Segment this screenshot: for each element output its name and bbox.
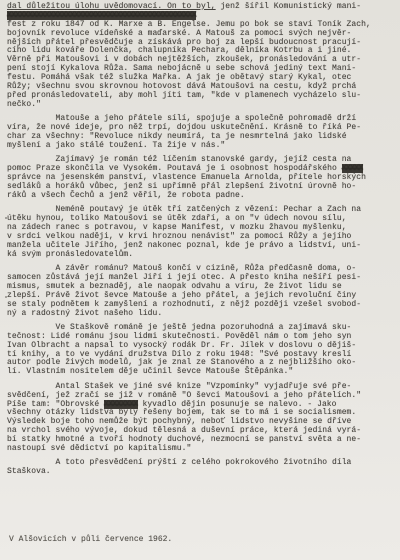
paragraph: A toto přesvědčení prýští z celého pokro…	[7, 459, 394, 477]
text-line: ká svým pronásledovatelům.	[7, 251, 394, 260]
text-segment: útěku hynou, toliko Matoušovi se útěk zd…	[7, 214, 347, 223]
text-line: lí. Vlastním nositelem děje učinil ševce…	[7, 368, 394, 377]
text-segment: Antal Stašek ve jiné své knize "Vzpomínk…	[7, 382, 351, 391]
text-segment: Matouše a jeho přátele sílí, spojuje a s…	[7, 114, 356, 123]
text-line: nečko."	[7, 101, 394, 110]
text-segment: ný a radostný život našeho lidu.	[7, 309, 162, 318]
text-segment: Ve Staškově románě je ještě jedna pozoru…	[7, 323, 351, 332]
text-segment: před pronásledovateli, aby mohl jíti tam…	[7, 91, 361, 100]
text-segment: pení stojí Kykalova Růža. Sama nebojácně…	[7, 64, 356, 73]
text-line: nastoupí své dědictví po kapitalismu."	[7, 445, 394, 454]
text-segment: sedláků a horáků vůbec, jenž si upřímně …	[7, 182, 356, 191]
text-segment: A závěr románu? Matouš končí v cizině, R…	[7, 264, 356, 273]
text-segment: jenž šířil Komunistický mani-	[216, 2, 362, 11]
text-line: A toto přesvědčení prýští z celého pokro…	[7, 459, 394, 468]
text-segment: bojovník revoluce vídeňské a maďarské. A…	[7, 29, 351, 38]
text-segment: samocen zůstává její manžel Jiří i její …	[7, 273, 361, 282]
text-line: ráků a všech Čechů a jenž věřil, že robo…	[7, 192, 394, 201]
text-segment: Výsledek boje toho nemůže být pochybný, …	[7, 417, 351, 426]
text-segment: na zádech ranec s potravou, v kapse Mani…	[7, 223, 347, 232]
text-segment: festu. Pomáhá však též služka Mařka. A j…	[7, 73, 351, 82]
paragraph: Neméně poutavý je útěk tří zatčených z v…	[7, 206, 394, 259]
document-page: dal důležitou úlohu uvědomovací. On to b…	[0, 0, 400, 560]
text-segment: zlepší. Právě život ševce Matouše a jeho…	[7, 291, 356, 300]
text-segment: A toto přesvědčení prýští z celého pokro…	[7, 458, 351, 467]
text-segment: ká svým pronásledovatelům.	[7, 250, 133, 259]
paragraph: dal důležitou úlohu uvědomovací. On to b…	[7, 3, 394, 110]
censored-text: XXXXXXXX	[104, 400, 138, 409]
paragraph: Antal Stašek ve jiné své knize "Vzpomínk…	[7, 383, 394, 454]
text-segment: Věrně při Matoušovi i v dobách nejtěžšíc…	[7, 55, 361, 64]
paragraph: A závěr románu? Matouš končí v cizině, R…	[7, 265, 394, 318]
text-segment: char za všechny: "Revoluce nikdy neumírá…	[7, 132, 347, 141]
text-segment: v srdci velkou naději, v krvi hroznou ne…	[7, 232, 351, 241]
text-line: před pronásledovateli, aby mohl jíti tam…	[7, 92, 394, 101]
text-line: myšlení a jako stálé toužení. Ta žije v …	[7, 142, 394, 151]
text-segment: manžela učitele Jiřího, jenž nakonec poz…	[7, 241, 361, 250]
text-segment: nastoupí své dědictví po kapitalismu."	[7, 444, 191, 453]
paragraph: Ve Staškově románě je ještě jedna pozoru…	[7, 324, 394, 377]
text-segment: fest z roku 1847 od K. Marxe a B. Engels…	[7, 20, 371, 29]
text-segment: Růžy; všechnu svou skrovnou hotovost dáv…	[7, 82, 356, 91]
paragraph: Matouše a jeho přátele sílí, spojuje a s…	[7, 115, 394, 151]
text-segment: správce na jesenském panství, vlastence …	[7, 173, 366, 182]
censored-text: XXXXX	[342, 164, 363, 173]
text-segment: Píše tam: "Obrovské	[7, 400, 104, 409]
text-segment: víra, že nové ideje, pro něž trpí, dojdo…	[7, 123, 361, 132]
text-segment: Ivan Olbracht a napsal to vysocký rodák …	[7, 341, 356, 350]
text-segment: na vrchol svého vývoje, dokud tělesná a …	[7, 426, 361, 435]
text-segment: Neméně poutavý je útěk tří zatčených z v…	[7, 205, 361, 214]
text-segment: kyvadlo dějin posunuje se nalevo. - Jako	[138, 400, 337, 409]
text-segment: nějších přátel přesvědčuje a získává pro…	[7, 38, 361, 47]
text-segment: Staškova.	[7, 467, 51, 476]
text-segment: tečnost: Lidé románu jsou lidmi skutečno…	[7, 332, 351, 341]
text-segment: pomoc Praze skončila ve Vysokém. Poutavá…	[7, 164, 342, 173]
footer-date: V Alšovicích v půli července 1962.	[9, 535, 172, 544]
scan-speck	[5, 217, 7, 219]
text-line: Staškova.	[7, 468, 394, 477]
text-segment: mismus, smutek a beznaděj, ale naopak od…	[7, 282, 342, 291]
text-line: ný a radostný život našeho lidu.	[7, 310, 394, 319]
document-body: dal důležitou úlohu uvědomovací. On to b…	[7, 3, 394, 477]
text-segment: svědčení, jež zračí se již v románě "O š…	[7, 391, 361, 400]
text-segment: se staly podnětem k zamyšlení a rozhodnu…	[7, 300, 361, 309]
censored-text: XXXXXXXXXXXXXXXXXXXXXXXXXXXXXXXXXXXXXXXX…	[7, 11, 196, 20]
text-segment: lí. Vlastním nositelem děje učinil ševce…	[7, 367, 293, 376]
text-segment: ráků a všech Čechů a jenž věřil, že robo…	[7, 191, 245, 200]
text-segment: myšlení a jako stálé toužení. Ta žije v …	[7, 141, 225, 150]
paragraph: Zajímavý je román též líčením stanovské …	[7, 156, 394, 200]
text-segment: Zajímavý je román též líčením stanovské …	[7, 155, 351, 164]
text-segment: dal důležitou úlohu uvědomovací. On to b…	[7, 2, 216, 11]
text-segment: bí statky hmotné a tvoří hodnoty duchové…	[7, 435, 361, 444]
text-segment: nečko."	[7, 100, 41, 109]
text-segment: cího lidu kováře Dolenčka, chalupníka Pe…	[7, 46, 351, 55]
scan-speck	[5, 296, 7, 298]
